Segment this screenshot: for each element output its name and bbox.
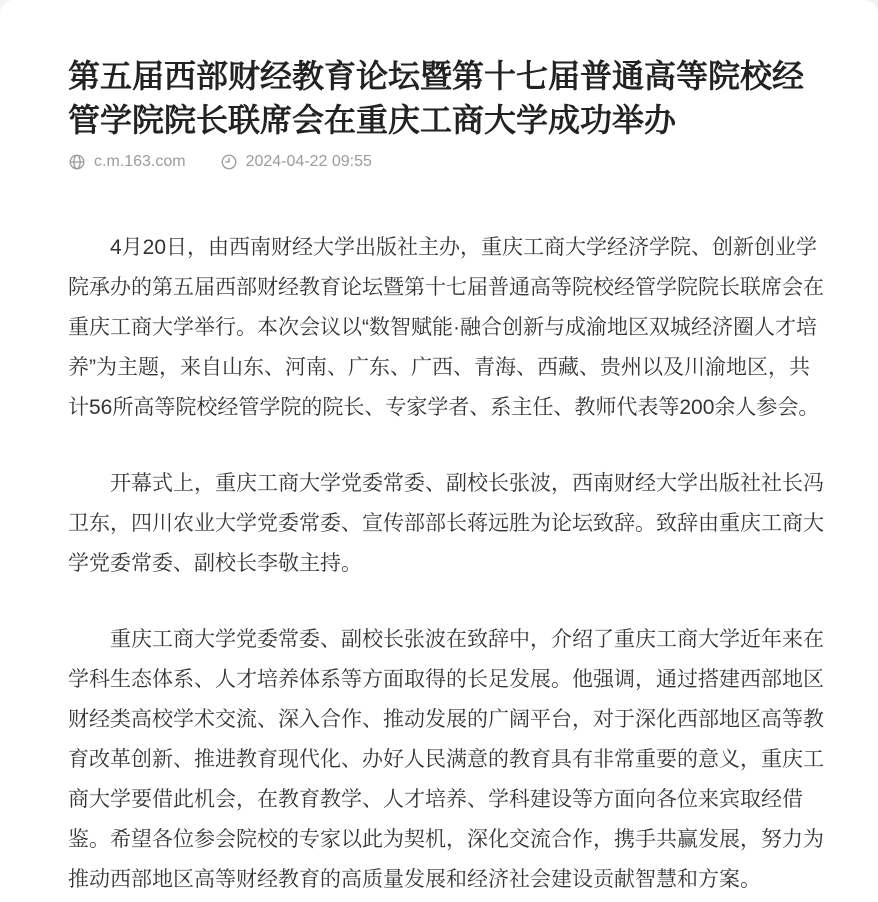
meta-published-time: 2024-04-22 09:55: [220, 150, 372, 174]
article-title: 第五届西部财经教育论坛暨第十七届普通高等院校经管学院院长联席会在重庆工商大学成功…: [68, 54, 824, 142]
article-paragraph: 4月20日，由西南财经大学出版社主办，重庆工商大学经济学院、创新创业学院承办的第…: [68, 228, 824, 428]
meta-published-label: 2024-04-22 09:55: [246, 150, 372, 174]
meta-source-label: c.m.163.com: [94, 150, 186, 174]
article-paragraph: 重庆工商大学党委常委、副校长张波在致辞中，介绍了重庆工商大学近年来在学科生态体系…: [68, 620, 824, 900]
article-paragraph: 开幕式上，重庆工商大学党委常委、副校长张波，西南财经大学出版社社长冯卫东，四川农…: [68, 464, 824, 584]
globe-icon: [68, 153, 86, 171]
article-card: 第五届西部财经教育论坛暨第十七届普通高等院校经管学院院长联席会在重庆工商大学成功…: [0, 0, 878, 902]
article-container: 第五届西部财经教育论坛暨第十七届普通高等院校经管学院院长联席会在重庆工商大学成功…: [0, 0, 878, 900]
meta-source[interactable]: c.m.163.com: [68, 150, 186, 174]
article-body: 4月20日，由西南财经大学出版社主办，重庆工商大学经济学院、创新创业学院承办的第…: [68, 228, 824, 900]
clock-icon: [220, 153, 238, 171]
article-meta-row: c.m.163.com 2024-04-22 09:55: [68, 150, 824, 174]
